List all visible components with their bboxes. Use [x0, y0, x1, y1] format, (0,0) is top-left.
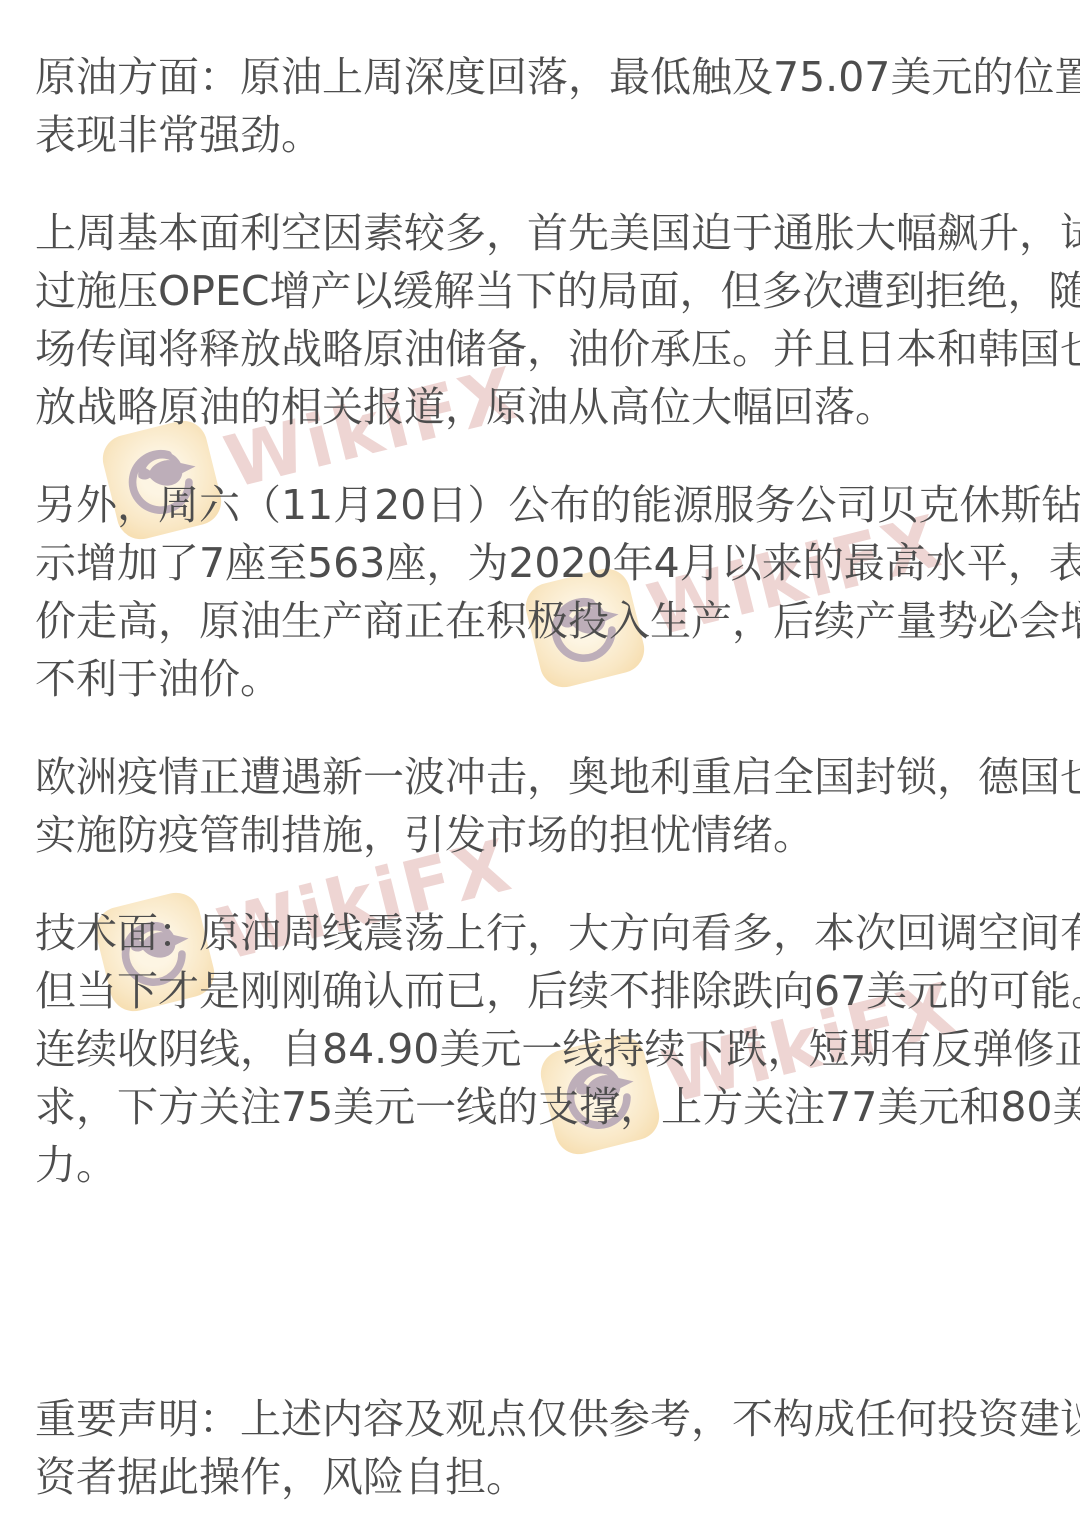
paragraph-disclaimer: 重要声明：上述内容及观点仅供参考，不构成任何投资建议，投 资者据此操作，风险自担… — [35, 1390, 1048, 1506]
paragraph-rig-count: 另外，周六（11月20日）公布的能源服务公司贝克休斯钻井数显 示增加了7座至56… — [35, 476, 1048, 708]
text-line: 但当下才是刚刚确认而已，后续不排除跌向67美元的可能。日线 — [35, 962, 1048, 1020]
text-line: 资者据此操作，风险自担。 — [35, 1448, 1048, 1506]
article-page: WikiFX WikiFX WikiFX — [0, 0, 1080, 1537]
text-line: 技术面：原油周线震荡上行，大方向看多，本次回调空间有限， — [35, 904, 1048, 962]
text-line: 上周基本面利空因素较多，首先美国迫于通胀大幅飙升，试图通 — [35, 204, 1048, 262]
text-line: 连续收阴线，自84.90美元一线持续下跌，短期有反弹修正的需 — [35, 1020, 1048, 1078]
text-line: 价走高，原油生产商正在积极投入生产，后续产量势必会增加， — [35, 592, 1048, 650]
paragraph-europe-epidemic: 欧洲疫情正遭遇新一波冲击，奥地利重启全国封锁，德国也可能 实施防疫管制措施，引发… — [35, 748, 1048, 864]
text-line: 场传闻将释放战略原油储备，油价承压。并且日本和韩国也有释 — [35, 320, 1048, 378]
text-line: 欧洲疫情正遭遇新一波冲击，奥地利重启全国封锁，德国也可能 — [35, 748, 1048, 806]
text-line: 求，下方关注75美元一线的支撑，上方关注77美元和80美元的阻 — [35, 1078, 1048, 1136]
paragraph-crude-oil-summary: 原油方面：原油上周深度回落，最低触及75.07美元的位置，空头 表现非常强劲。 — [35, 48, 1048, 164]
text-line: 示增加了7座至563座，为2020年4月以来的最高水平，表明随着油 — [35, 534, 1048, 592]
text-line: 重要声明：上述内容及观点仅供参考，不构成任何投资建议，投 — [35, 1390, 1048, 1448]
paragraph-fundamentals: 上周基本面利空因素较多，首先美国迫于通胀大幅飙升，试图通 过施压OPEC增产以缓… — [35, 204, 1048, 436]
text-line: 不利于油价。 — [35, 650, 1048, 708]
article-content: 原油方面：原油上周深度回落，最低触及75.07美元的位置，空头 表现非常强劲。 … — [35, 48, 1048, 1506]
text-line: 原油方面：原油上周深度回落，最低触及75.07美元的位置，空头 — [35, 48, 1048, 106]
text-line: 另外，周六（11月20日）公布的能源服务公司贝克休斯钻井数显 — [35, 476, 1048, 534]
paragraph-technical-analysis: 技术面：原油周线震荡上行，大方向看多，本次回调空间有限， 但当下才是刚刚确认而已… — [35, 904, 1048, 1194]
text-line: 放战略原油的相关报道，原油从高位大幅回落。 — [35, 378, 1048, 436]
text-line: 力。 — [35, 1136, 1048, 1194]
text-line: 表现非常强劲。 — [35, 106, 1048, 164]
text-line: 实施防疫管制措施，引发市场的担忧情绪。 — [35, 806, 1048, 864]
text-line: 过施压OPEC增产以缓解当下的局面，但多次遭到拒绝，随后市 — [35, 262, 1048, 320]
